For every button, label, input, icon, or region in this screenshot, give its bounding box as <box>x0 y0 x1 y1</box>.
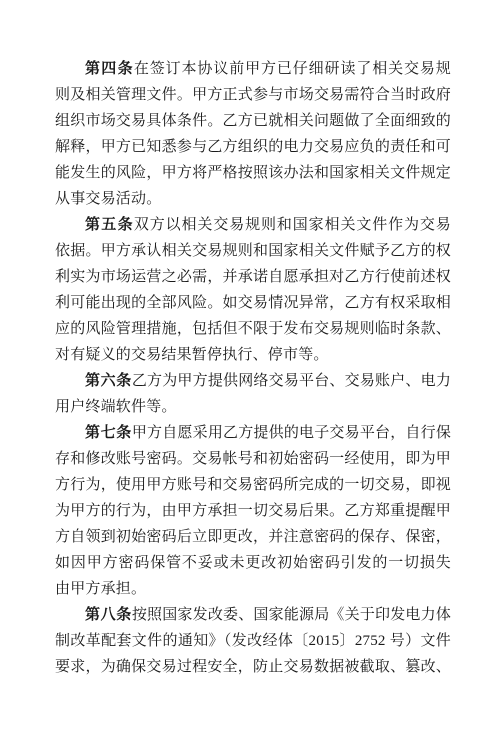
article-number: 第四条 <box>85 61 134 77</box>
article-number: 第八条 <box>85 607 132 623</box>
article-line: 制改革配套文件的通知》（发改经体〔2015〕2752 号）文件 <box>55 628 451 654</box>
article-first-line: 第六条乙方为甲方提供网络交易平台、交易账户、电力 <box>55 368 451 394</box>
article-line: 解释，甲方已知悉参与乙方组织的电力交易应负的责任和可 <box>55 134 451 160</box>
article-first-line: 第四条在签订本协议前甲方已仔细研读了相关交易规 <box>55 56 451 82</box>
article-line: 方自领到初始密码后立即更改，并注意密码的保存、保密， <box>55 524 451 550</box>
article-number: 第五条 <box>85 217 134 233</box>
article-first-line: 第五条双方以相关交易规则和国家相关文件作为交易 <box>55 212 451 238</box>
document-page: 第四条在签订本协议前甲方已仔细研读了相关交易规则及相关管理文件。甲方正式参与市场… <box>0 0 504 730</box>
article-line: 用户终端软件等。 <box>55 394 451 420</box>
article-line: 利实为市场运营之必需，并承诺自愿承担对乙方行使前述权 <box>55 264 451 290</box>
article-line: 为甲方的行为，由甲方承担一切交易后果。乙方郑重提醒甲 <box>55 498 451 524</box>
article-line: 由甲方承担。 <box>55 576 451 602</box>
article-first-line: 第八条按照国家发改委、国家能源局《关于印发电力体 <box>55 602 451 628</box>
article-line: 能发生的风险，甲方将严格按照该办法和国家相关文件规定 <box>55 160 451 186</box>
article-line: 利可能出现的全部风险。如交易情况异常，乙方有权采取相 <box>55 290 451 316</box>
article-line: 存和修改账号密码。交易帐号和初始密码一经使用，即为甲 <box>55 446 451 472</box>
article-line: 则及相关管理文件。甲方正式参与市场交易需符合当时政府 <box>55 82 451 108</box>
article-text: 双方以相关交易规则和国家相关文件作为交易 <box>134 217 451 233</box>
article-number: 第六条 <box>85 373 132 389</box>
article-line: 方行为，使用甲方账号和交易密码所完成的一切交易，即视 <box>55 472 451 498</box>
article-text: 甲方自愿采用乙方提供的电子交易平台，自行保 <box>132 425 451 441</box>
article-number: 第七条 <box>85 425 132 441</box>
article-line: 应的风险管理措施，包括但不限于发布交易规则临时条款、 <box>55 316 451 342</box>
article-line: 如因甲方密码保管不妥或未更改初始密码引发的一切损失 <box>55 550 451 576</box>
article-first-line: 第七条甲方自愿采用乙方提供的电子交易平台，自行保 <box>55 420 451 446</box>
document-body: 第四条在签订本协议前甲方已仔细研读了相关交易规则及相关管理文件。甲方正式参与市场… <box>55 56 451 680</box>
article-line: 要求，为确保交易过程安全，防止交易数据被截取、篡改、 <box>55 654 451 680</box>
article-text: 按照国家发改委、国家能源局《关于印发电力体 <box>132 607 451 623</box>
article-line: 对有疑义的交易结果暂停执行、停市等。 <box>55 342 451 368</box>
article-text: 在签订本协议前甲方已仔细研读了相关交易规 <box>134 61 451 77</box>
article-line: 从事交易活动。 <box>55 186 451 212</box>
article-line: 组织市场交易具体条件。乙方已就相关问题做了全面细致的 <box>55 108 451 134</box>
article-text: 乙方为甲方提供网络交易平台、交易账户、电力 <box>132 373 451 389</box>
article-line: 依据。甲方承认相关交易规则和国家相关文件赋予乙方的权 <box>55 238 451 264</box>
